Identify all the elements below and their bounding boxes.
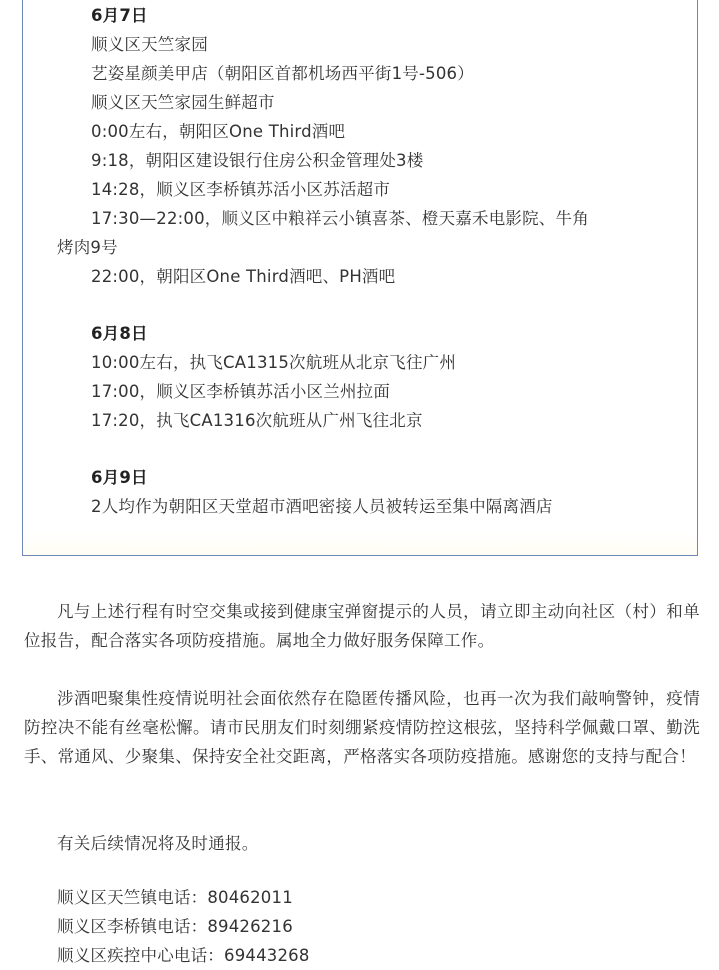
contact-phone: 69443268 <box>224 946 310 965</box>
itinerary-entry: 艺姿星颜美甲店（朝阳区首都机场西平街1号-506） <box>91 64 474 84</box>
contact-label: 顺义区疾控中心电话： <box>57 946 224 965</box>
date-heading-june-7: 6月7日 <box>91 6 148 26</box>
itinerary-entry: 顺义区天竺家园 <box>91 35 208 55</box>
contact-phone: 80462011 <box>207 888 293 907</box>
date-heading-june-9: 6月9日 <box>91 468 148 488</box>
notice-paragraph-warning: 涉酒吧聚集性疫情说明社会面依然存在隐匿传播风险，也再一次为我们敲响警钟，疫情防控… <box>24 684 700 771</box>
itinerary-entry: 22:00，朝阳区One Third酒吧、PH酒吧 <box>91 267 395 287</box>
itinerary-entry: 17:20，执飞CA1316次航班从广州飞往北京 <box>91 411 423 431</box>
itinerary-entry: 2人均作为朝阳区天堂超市酒吧密接人员被转运至集中隔离酒店 <box>91 497 553 517</box>
itinerary-entry: 10:00左右，执飞CA1315次航班从北京飞往广州 <box>91 353 456 373</box>
notice-paragraph-followup: 有关后续情况将及时通报。 <box>24 829 700 858</box>
notice-paragraph-report: 凡与上述行程有时空交集或接到健康宝弹窗提示的人员，请立即主动向社区（村）和单位报… <box>24 597 700 655</box>
contact-label: 顺义区天竺镇电话： <box>57 888 207 907</box>
contact-tianzhu: 顺义区天竺镇电话：80462011 <box>57 888 293 908</box>
contact-phone: 89426216 <box>207 917 293 936</box>
date-heading-june-8: 6月8日 <box>91 324 148 344</box>
contact-cdc: 顺义区疾控中心电话：69443268 <box>57 946 310 966</box>
itinerary-entry: 0:00左右，朝阳区One Third酒吧 <box>91 122 345 142</box>
itinerary-entry: 顺义区天竺家园生鲜超市 <box>91 93 275 113</box>
itinerary-entry: 17:30—22:00，顺义区中粮祥云小镇喜茶、橙天嘉禾电影院、牛角 <box>91 209 589 229</box>
itinerary-box: 6月7日 顺义区天竺家园 艺姿星颜美甲店（朝阳区首都机场西平街1号-506） 顺… <box>22 0 698 556</box>
contact-label: 顺义区李桥镇电话： <box>57 917 207 936</box>
itinerary-entry: 9:18，朝阳区建设银行住房公积金管理处3楼 <box>91 151 423 171</box>
itinerary-entry: 14:28，顺义区李桥镇苏活小区苏活超市 <box>91 180 390 200</box>
itinerary-entry-continuation: 烤肉9号 <box>57 238 118 258</box>
contact-liqiao: 顺义区李桥镇电话：89426216 <box>57 917 293 937</box>
itinerary-entry: 17:00，顺义区李桥镇苏活小区兰州拉面 <box>91 382 390 402</box>
